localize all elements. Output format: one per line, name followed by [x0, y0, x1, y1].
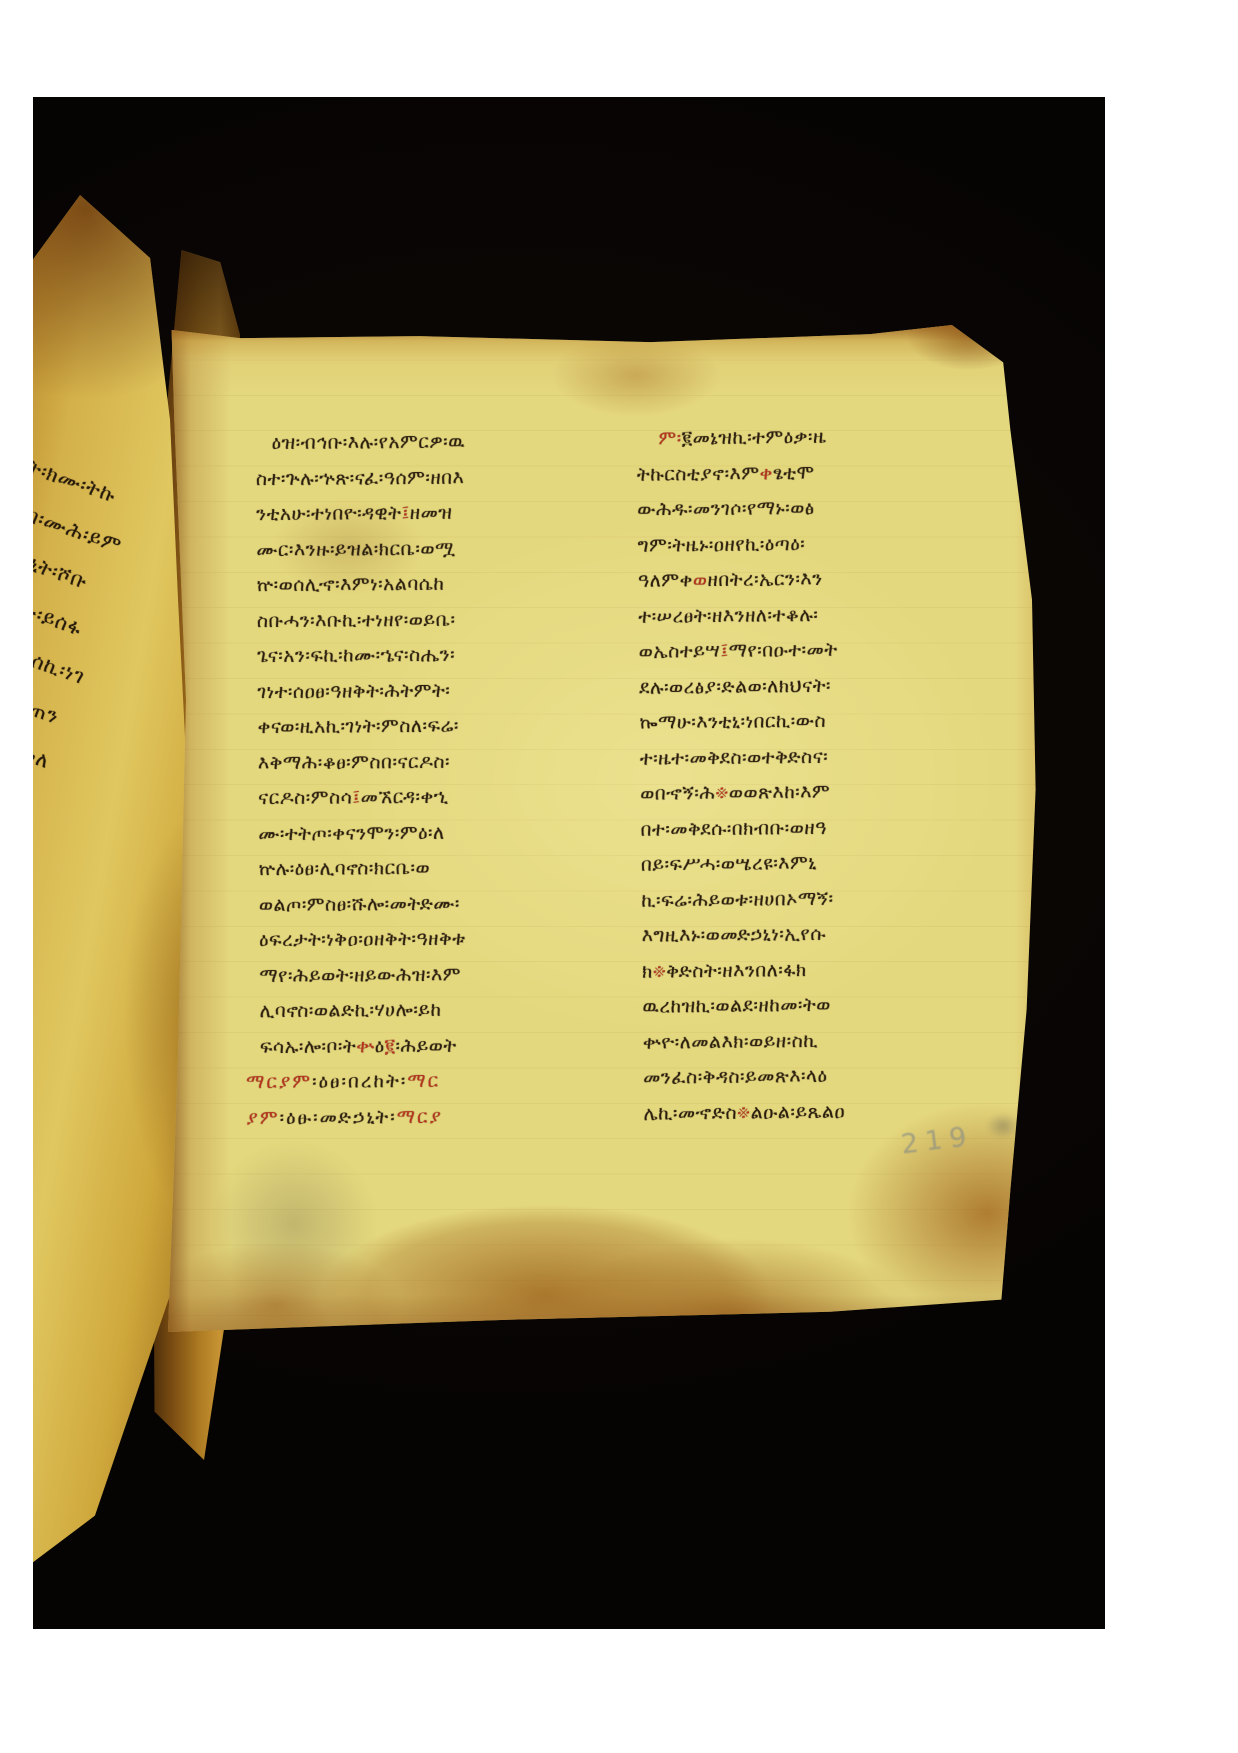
manuscript-text-line: ገነተ፡ሰዐፀ፡ዓዘቅት፡ሕትምት፡ [257, 672, 587, 710]
ink-text-segment: ትኩርስቲያኖ፡እም [637, 462, 760, 485]
ink-text-segment: ተ፡ዜተ፡መቅደስ፡ወተቅድስና፡ [640, 745, 829, 769]
ink-text-segment: ወወጽእከ፡እም [729, 781, 831, 804]
ink-text-segment: በይ፡ፍሥሓ፡ወሤረዩ፡እምኒ [641, 852, 817, 876]
rubric-text-segment: ቍ [356, 1035, 375, 1057]
ink-text-segment: ቀናወ፡ዚአኪ፡ገነት፡ምስለ፡ፍሬ፡ [258, 715, 459, 738]
rubric-text-segment: ፤ [401, 502, 409, 524]
manuscript-text-line: ጌና፡አን፡ፍኪ፡ከሙ፡ኄና፡ስሔን፡ [257, 637, 587, 675]
manuscript-text-line: ግም፡ትዜኑ፡ዐዘየኪ፡ዕጣዕ፡ [637, 525, 982, 564]
manuscript-text-line: ም፡፪መኔዝኪ፡ተምዕቃ፡ዜ [636, 418, 981, 457]
manuscript-photo: ት፡ክሙ፡ትኩ፡ነበ፡ሙሕ፡ይምድ፡ኃኒት፡ሾቡ፡ማህቡ፡ይሰፋስተ፡ማለሰኪ፡… [33, 97, 1105, 1629]
ink-text-segment: ፡ሕይወት [395, 1034, 456, 1056]
text-column-b: ም፡፪መኔዝኪ፡ተምዕቃ፡ዜትኩርስቲያኖ፡እምቀፄቲሞውሕዱ፡መንገሶ፡የማኑ… [636, 418, 988, 1132]
manuscript-text-line: ቀናወ፡ዚአኪ፡ገነት፡ምስለ፡ፍሬ፡ [258, 708, 588, 746]
ink-text-segment: ፄቲሞ [773, 461, 815, 483]
right-page: ዕዝ፡ብኅቡ፡እሉ፡የአምርዎ፡ዉስተ፡ጕሉ፡ኍጽ፡ናፈ፡ዓሰም፡ዘበእንቲአሁ… [168, 325, 1068, 1335]
manuscript-text-line: ኪ፡ፍሬ፡ሕይወቱ፡ዘሀበኦማኝ፡ [641, 880, 986, 919]
rubric-text-segment: ማር [407, 1070, 440, 1092]
ink-text-segment: ሊባኖስ፡ወልድኪ፡ሃሀሎ፡ይከ [260, 999, 442, 1022]
rubric-text-segment: ያም [246, 1107, 279, 1129]
ink-text-segment: ስተ፡ጕሉ፡ኍጽ፡ናፈ፡ዓሰም፡ዘበእ [256, 466, 465, 489]
manuscript-text-line: ኵ፡ወሰሊኆ፡እምነ፡አልባሴከ [257, 566, 587, 604]
manuscript-text-line: ዕዝ፡ብኅቡ፡እሉ፡የአምርዎ፡ዉ [256, 424, 586, 462]
manuscript-text-line: እቅማሕ፡ቆፀ፡ምስበ፡ናርዶስ፡ [258, 743, 588, 781]
ink-text-segment: ወኤስተይሣ [639, 640, 721, 663]
manuscript-text-line: ማየ፡ሕይወት፡ዘይውሕዝ፡እም [259, 956, 589, 994]
ink-text-segment: ፪መኔዝኪ፡ተምዕቃ፡ዜ [682, 426, 827, 450]
manuscript-text-line: ኵሉ፡ዕፀ፡ሊባኖስ፡ክርቤ፡ወ [258, 850, 588, 888]
ink-text-segment: ውሕዱ፡መንገሶ፡የማኑ፡ወፅ [637, 497, 814, 521]
ink-text-segment: ዓለምቀ [638, 569, 693, 592]
manuscript-text-line: ትኩርስቲያኖ፡እምቀፄቲሞ [637, 454, 982, 493]
rubric-text-segment: ፪ [385, 1035, 396, 1057]
rubric-text-segment: ቀ [759, 462, 772, 484]
ink-text-segment: ናርዶስ፡ምስሳ [258, 786, 352, 809]
ink-text-segment: ወልጦ፡ምስፀ፡ሹሎ፡መትድሙ፡ [259, 892, 460, 915]
text-column-a: ዕዝ፡ብኅቡ፡እሉ፡የአምርዎ፡ዉስተ፡ጕሉ፡ኍጽ፡ናፈ፡ዓሰም፡ዘበእንቲአሁ… [256, 424, 591, 1136]
manuscript-text-line: ወበኆኝ፡ሕ፠ወወጽእከ፡እም [640, 773, 985, 812]
ink-text-segment: ፍሳኡ፡ሎ፡ቦ፡ት [260, 1035, 357, 1058]
manuscript-text-line: ኰማሁ፡እንቲኒ፡ነበርኪ፡ውስ [639, 702, 984, 741]
rubric-text-segment: ማርያ [397, 1105, 443, 1127]
ink-text-segment: መንፈስ፡ቅዳስ፡ይመጽእ፡ላዕ [643, 1065, 828, 1089]
ink-text-segment: ማየ፡በዑተ፡መት [729, 639, 838, 662]
manuscript-text-line: ዉረከዝኪ፡ወልደ፡ዘከመ፡ትወ [642, 986, 987, 1025]
rubric-text-segment: ፠ [737, 1101, 751, 1123]
ink-text-segment: ግም፡ትዜኑ፡ዐዘየኪ፡ዕጣዕ፡ [637, 533, 805, 557]
ink-text-segment: ዕ [375, 1035, 385, 1057]
manuscript-text-line: ዕፍረታት፡ነቅዐ፡ዐዘቅት፡ዓዘቅቱ [259, 921, 589, 959]
ink-text-segment: ደሉ፡ወረፅያ፡ድልወ፡ለክህናት፡ [639, 674, 831, 698]
ink-text-segment: ሙ፡ተትጦ፡ቀናንሞን፡ምዕ፡ለ [258, 821, 444, 844]
ink-text-segment: ወበኆኝ፡ሕ [640, 782, 715, 805]
ink-text-segment: ኰማሁ፡እንቲኒ፡ነበርኪ፡ውስ [639, 710, 826, 734]
ink-text-segment: ስቡሓን፡እቡኪ፡ተነዘየ፡ወይቤ፡ [257, 608, 456, 631]
ink-text-segment: ጌና፡አን፡ፍኪ፡ከሙ፡ኄና፡ስሔን፡ [257, 644, 455, 667]
ink-text-segment: ማን፡ነሣእኪ፡እ [0, 756, 35, 815]
manuscript-text-line: ናርዶስ፡ምስሳ፤መኧርዳ፡ቀኂ [258, 779, 588, 817]
rubric-text-segment: ፤ [720, 640, 729, 662]
ink-text-segment: ማየ፡ሕይወት፡ዘይውሕዝ፡እም [259, 963, 461, 986]
ink-text-segment: ልዑል፡ይጼልዐ [750, 1100, 845, 1123]
ink-text-segment: ዘበትረ፡ኤርን፡እን [707, 568, 822, 591]
manuscript-text-line: ፪ሁ፡ሕይወት፡ዘ [0, 1219, 14, 1347]
manuscript-text-line: ማርያም፡ዕፀ፡በረከት፡ማር [246, 1063, 590, 1101]
ink-text-segment: ፡ዕፀ፡በረከት፡ [312, 1070, 407, 1093]
manuscript-text-line: ንቲአሁ፡ተነበዮ፡ዳዊት፤ዘመዝ [256, 495, 586, 533]
ink-text-segment: ዕፍረታት፡ነቅዐ፡ዐዘቅት፡ዓዘቅቱ [259, 928, 466, 951]
manuscript-text-line: በይ፡ፍሥሓ፡ወሤረዩ፡እምኒ [641, 844, 986, 883]
rubric-text-segment: ወ [693, 569, 708, 591]
ink-text-segment: ቍዮ፡ለመልእክ፡ወይዘ፡ስኪ [643, 1029, 818, 1053]
scanned-photograph-page: ት፡ክሙ፡ትኩ፡ነበ፡ሙሕ፡ይምድ፡ኃኒት፡ሾቡ፡ማህቡ፡ይሰፋስተ፡ማለሰኪ፡… [0, 0, 1238, 1753]
manuscript-text-line: ተ፡ሠረፀት፡ዘእንዘለ፡ተቆሉ፡ [638, 596, 983, 635]
manuscript-text-line: ውሕዱ፡መንገሶ፡የማኑ፡ወፅ [637, 489, 982, 528]
ink-text-segment: ኵሉ፡ዕፀ፡ሊባኖስ፡ክርቤ፡ወ [259, 857, 431, 880]
ink-text-segment: ዕዝ፡ብኅቡ፡እሉ፡የአምርዎ፡ዉ [272, 431, 466, 454]
pencil-smudge [986, 1113, 1020, 1139]
ink-text-segment: ቅድስት፡ዘእንበለ፡ፋክ [666, 959, 807, 982]
manuscript-text-line: ስተ፡ጕሉ፡ኍጽ፡ናፈ፡ዓሰም፡ዘበእ [256, 459, 586, 497]
rubric-text-segment: ፠ [653, 960, 667, 982]
rubric-text-segment: ም፡ [658, 427, 681, 449]
manuscript-text-line: ፍሳኡ፡ሎ፡ቦ፡ትቍዕ፪፡ሕይወት [260, 1027, 590, 1065]
manuscript-text-line: ቍዮ፡ለመልእክ፡ወይዘ፡ስኪ [643, 1022, 988, 1061]
manuscript-text-line: እግዚእኑ፡ወመድኃኒነ፡ኢየሱ [641, 915, 986, 954]
ink-text-segment: ንቲአሁ፡ተነበዮ፡ዳዊት [256, 502, 401, 525]
ink-text-segment: ኵ፡ወሰሊኆ፡እምነ፡አልባሴከ [257, 573, 445, 596]
ink-text-segment: ክ [642, 960, 653, 982]
manuscript-text-line: ይወት፡ውእቱ [0, 1176, 29, 1304]
manuscript-text-line: ሊባኖስ፡ወልድኪ፡ሃሀሎ፡ይከ [259, 992, 589, 1030]
manuscript-text-line: መንፈስ፡ቅዳስ፡ይመጽእ፡ላዕ [643, 1057, 988, 1096]
ink-text-segment: ሌኪ፡መኆድስ [643, 1101, 737, 1124]
manuscript-text-line: ክ፠ቅድስት፡ዘእንበለ፡ፋክ [642, 951, 987, 990]
manuscript-text-line: በተ፡መቅደሱ፡በክብቡ፡ወዘዓ [640, 809, 985, 848]
ink-text-segment: ዉረከዝኪ፡ወልደ፡ዘከመ፡ትወ [642, 994, 831, 1018]
ink-text-segment: መኧርዳ፡ቀኂ [360, 786, 448, 809]
rubric-text-segment: ፠ [715, 782, 729, 804]
ink-text-segment: ሙር፡እንዙ፡ይዝል፡ክርቤ፡ወሟ [256, 537, 455, 560]
rubric-text-segment: ማርያም [246, 1071, 312, 1093]
ink-text-segment: ዘመዝ [410, 502, 453, 524]
manuscript-text-line: ያም፡ዕፁ፡መድኃኒት፡ማርያ [246, 1098, 590, 1136]
ink-text-segment: ፡ዕፁ፡መድኃኒት፡ [280, 1106, 397, 1129]
ink-text-segment: እግዚእኑ፡ወመድኃኒነ፡ኢየሱ [642, 923, 827, 947]
manuscript-text-line: ደሉ፡ወረፅያ፡ድልወ፡ለክህናት፡ [639, 667, 984, 706]
ink-text-segment: ተ፡ሠረፀት፡ዘእንዘለ፡ተቆሉ፡ [638, 603, 818, 627]
manuscript-text-line: ዓለምቀወዘበትረ፡ኤርን፡እን [638, 560, 983, 599]
manuscript-text-line: ስቡሓን፡እቡኪ፡ተነዘየ፡ወይቤ፡ [257, 601, 587, 639]
ink-text-segment: በተ፡መቅደሱ፡በክብቡ፡ወዘዓ [640, 816, 827, 840]
manuscript-text-line: ወኤስተይሣ፤ማየ፡በዑተ፡መት [639, 631, 984, 670]
ink-text-segment: ገነተ፡ሰዐፀ፡ዓዘቅት፡ሕትምት፡ [257, 679, 450, 702]
ink-text-segment: ኪ፡ፍሬ፡ሕይወቱ፡ዘሀበኦማኝ፡ [641, 887, 833, 911]
ink-text-segment: እቅማሕ፡ቆፀ፡ምስበ፡ናርዶስ፡ [258, 750, 450, 773]
ink-text-segment: ተዋርዮ [0, 819, 25, 860]
manuscript-text-line: ወልጦ፡ምስፀ፡ሹሎ፡መትድሙ፡ [259, 885, 589, 923]
manuscript-text-line: ሙ፡ተትጦ፡ቀናንሞን፡ምዕ፡ለ [258, 814, 588, 852]
manuscript-text-line: ሙር፡እንዙ፡ይዝል፡ክርቤ፡ወሟ [256, 530, 586, 568]
manuscript-text-line: ተ፡ዜተ፡መቅደስ፡ወተቅድስና፡ [640, 738, 985, 777]
